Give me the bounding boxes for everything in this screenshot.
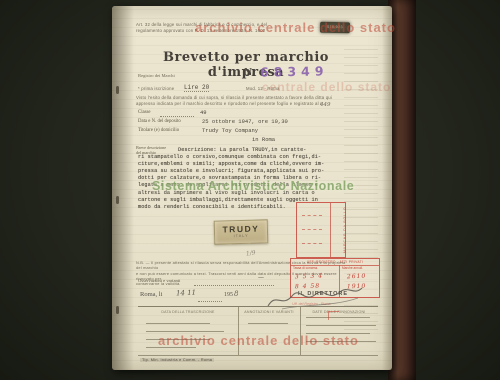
entry-line xyxy=(146,339,210,340)
handwritten-mark: 1/9 xyxy=(246,249,257,257)
certificate-page: Art. 32 della legge sui marchi di fabbri… xyxy=(112,6,392,370)
revenue-stamp-outline: MARCHE DA BOLLO xyxy=(296,202,346,258)
stamp-dash xyxy=(302,215,322,216)
stamp-dash xyxy=(302,243,322,244)
osservazioni-label: Osservazioni e varianti xyxy=(138,278,180,283)
fee-right-note: Mod. 12 - Roma xyxy=(246,86,280,92)
place-label: Roma, li xyxy=(140,291,162,298)
year-handwritten: 8 xyxy=(234,290,238,298)
book-spine xyxy=(388,0,416,380)
table-col2-header: ANNOTAZIONI E VARIANTI xyxy=(240,310,298,314)
titolare-label: Titolare (e) domicilio xyxy=(138,128,179,133)
archive-chip-stamp: 516.923 xyxy=(320,22,350,34)
entry-line xyxy=(306,341,376,342)
stamp-vertical-text: MARCHE DA BOLLO xyxy=(343,207,347,253)
osservazioni-value: — xyxy=(258,274,264,281)
titolare-city: in Roma xyxy=(252,136,275,143)
date-handwritten: 14 11 xyxy=(176,289,196,298)
classe-label: Classe xyxy=(138,110,151,115)
register-label: Registro dei Marchi xyxy=(138,73,175,78)
table-col3-header: DATE DELLE RINNOVAZIONI xyxy=(302,310,376,314)
trademark-specimen-label: TRUDY ITALY xyxy=(214,219,269,244)
leader-dots xyxy=(198,297,222,302)
stamp-dash xyxy=(302,229,322,230)
entry-line xyxy=(306,333,370,334)
table-divider xyxy=(300,307,301,355)
transcriptions-table: DATA DELLA TRASCRIZIONE ANNOTAZIONI E VA… xyxy=(138,306,378,356)
printer-imprint: Tip. Min. Industria e Comm. - Roma xyxy=(140,358,214,362)
year-printed: 195 xyxy=(224,292,233,298)
titolare-value: Trudy Toy Company xyxy=(202,127,258,134)
deposito-label: Data e N. del deposito xyxy=(138,119,181,124)
table-divider xyxy=(238,307,239,355)
entry-line xyxy=(248,323,288,324)
entry-line xyxy=(146,331,224,332)
red-corner-mark xyxy=(328,311,339,320)
intro-annotation-handwritten: 449 xyxy=(320,102,331,108)
entry-line xyxy=(306,325,376,326)
trademark-subword: ITALY xyxy=(215,233,267,238)
binding-stitch xyxy=(116,196,119,204)
classe-value: 49 xyxy=(200,109,207,116)
entry-line xyxy=(146,347,196,348)
table-col1-header: DATA DELLA TRASCRIZIONE xyxy=(140,310,236,314)
stamp-divider xyxy=(330,203,331,257)
registration-number-stamp: 68349 xyxy=(260,63,329,79)
scanned-document-photo: Art. 32 della legge sui marchi di fabbri… xyxy=(0,0,500,380)
fee-note: * prima iscrizione xyxy=(138,86,174,92)
entry-line xyxy=(146,323,210,324)
binding-stitch xyxy=(116,306,119,314)
binding-stitch xyxy=(116,86,119,94)
regulation-fine-print: Art. 32 della legge sui marchi di fabbri… xyxy=(136,22,296,34)
leader-dots xyxy=(160,112,194,117)
deposito-value: 25 ottobre 1947, ore 10,30 xyxy=(202,118,288,125)
intro-fine-print: Visto l'esito della domanda di cui sopra… xyxy=(136,95,378,107)
fee-value: Lire 20 xyxy=(184,84,209,92)
number-label: N. xyxy=(244,68,255,78)
